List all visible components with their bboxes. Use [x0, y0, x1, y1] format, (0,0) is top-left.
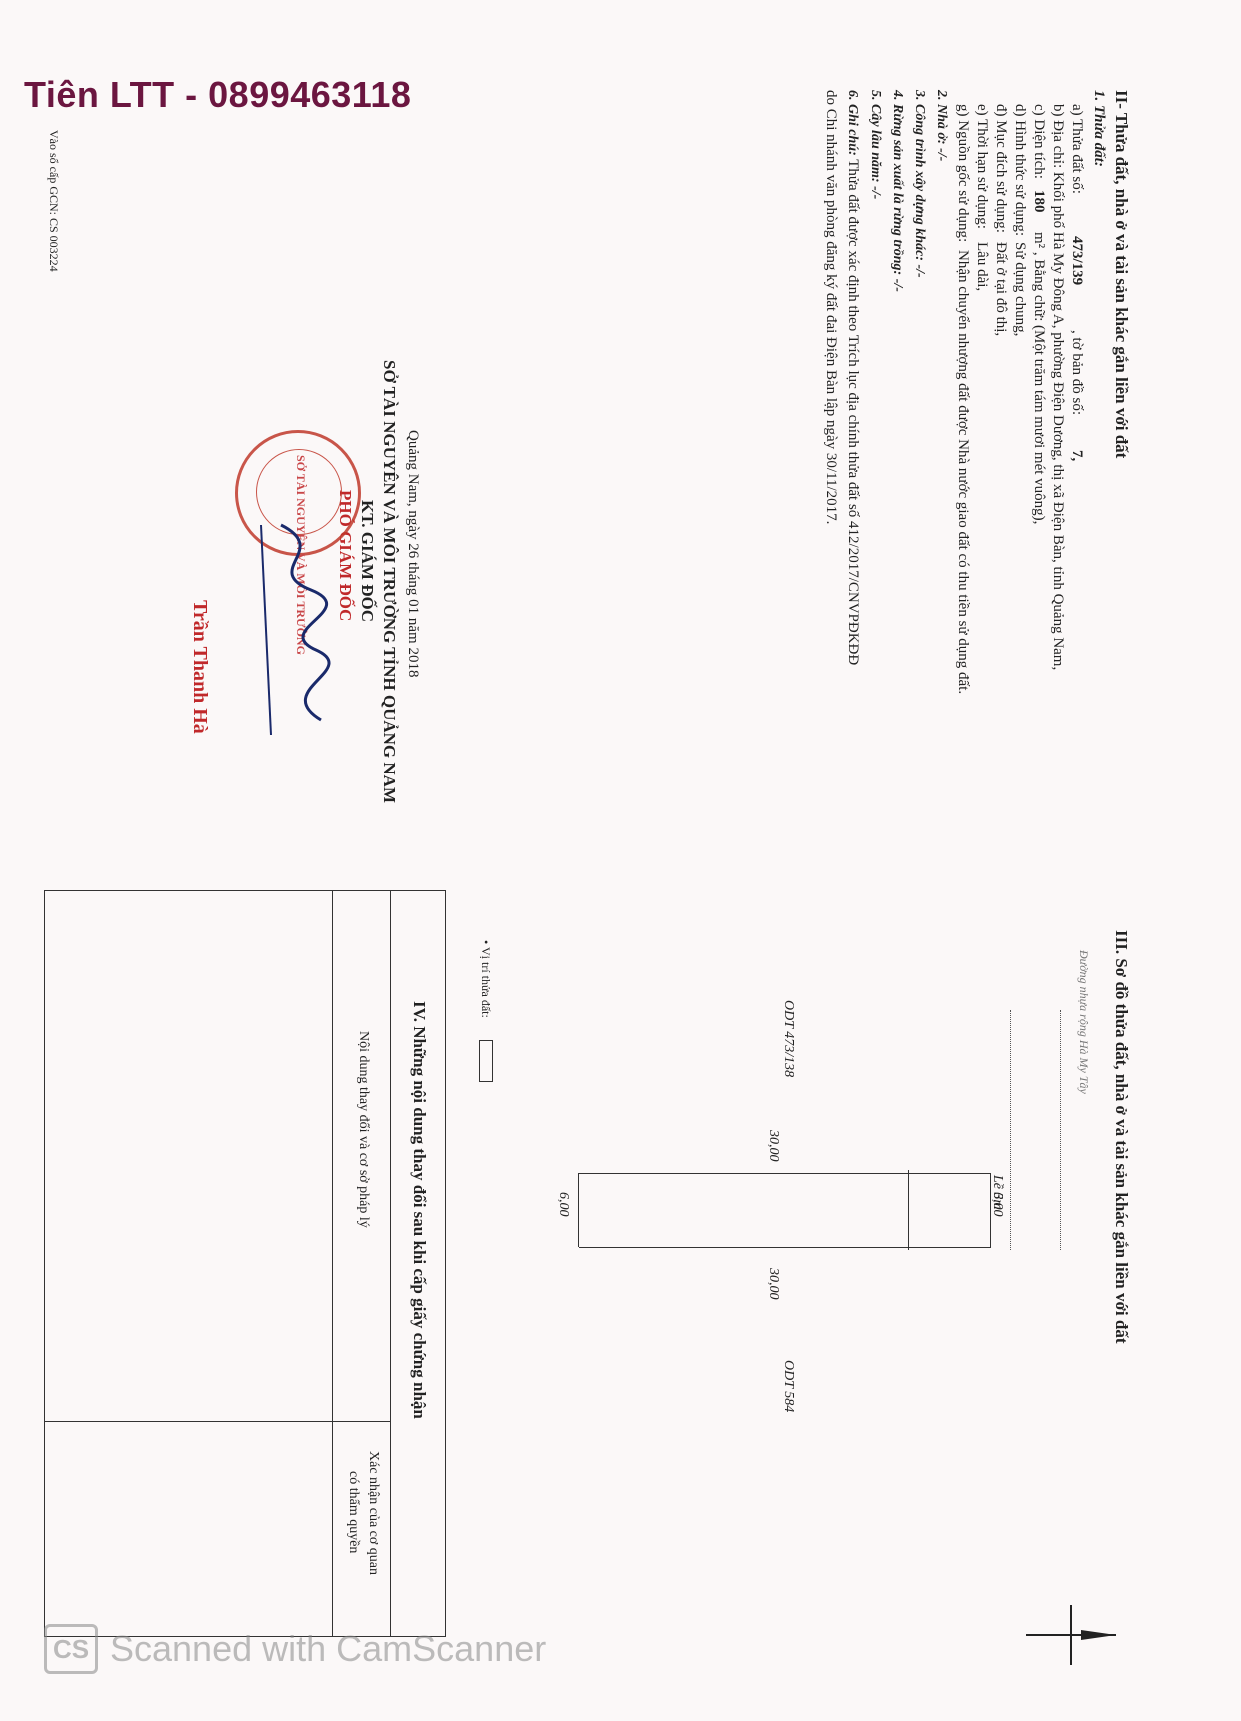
issuing-agency: SỞ TÀI NGUYÊN VÀ MÔI TRƯỜNG TỈNH QUẢNG N…	[379, 360, 399, 803]
table-column-divider	[45, 1421, 391, 1422]
neighbor-parcel-right: ODT 584	[780, 1360, 796, 1412]
signer-role-1: KT. GIÁM ĐỐC	[357, 500, 377, 622]
usage-purpose-label: đ) Mục đích sử dụng:	[992, 104, 1009, 233]
dim-back: 6,00	[555, 1192, 571, 1217]
note-label: 6. Ghi chú:	[845, 90, 860, 156]
house-item: 2. Nhà ở: -/-	[933, 90, 949, 161]
area-value: 180	[1030, 190, 1047, 213]
area-label: c) Diện tích:	[1030, 104, 1047, 179]
area-in-words: m² , Bằng chữ: (Một trăm tám mươi mét vu…	[1030, 232, 1047, 524]
camscanner-text: Scanned with CamScanner	[110, 1628, 546, 1670]
section-2-title: II- Thửa đất, nhà ở và tài sản khác gắn …	[1111, 90, 1131, 458]
changes-table: IV. Những nội dung thay đổi sau khi cấp …	[44, 890, 446, 1637]
usage-form-label: d) Hình thức sử dụng:	[1011, 104, 1028, 236]
certificate-page: II- Thửa đất, nhà ở và tài sản khác gắn …	[0, 0, 1241, 1721]
signer-name: Trần Thanh Hà	[188, 600, 211, 734]
col-confirmation-header-2: có thẩm quyền	[345, 1471, 361, 1553]
note-line-2: do Chi nhánh văn phòng đăng ký đất đai Đ…	[822, 90, 839, 524]
issue-date: Quảng Nam, ngày 26 tháng 01 năm 2018	[404, 430, 421, 677]
road-label: Đường nhựa rộng Hà My Tây	[1076, 950, 1091, 1094]
usage-form-value: Sử dụng chung,	[1011, 242, 1028, 336]
usage-term-label: e) Thời hạn sử dụng:	[973, 104, 990, 229]
table-divider-1	[390, 891, 391, 1636]
location-box	[479, 1040, 493, 1082]
dim-front: 6,00	[989, 1192, 1005, 1217]
col-confirmation-header-1: Xác nhận của cơ quan	[365, 1451, 381, 1575]
camscanner-watermark: CS Scanned with CamScanner	[44, 1624, 546, 1674]
usage-term-value: Lâu dài,	[973, 242, 990, 291]
north-arrow-icon	[1021, 1600, 1121, 1670]
map-sheet-label: , tờ bản đồ số:	[1068, 330, 1085, 415]
dim-left: 30,00	[765, 1130, 781, 1162]
table-divider-2	[332, 891, 333, 1636]
parcel-line-right	[579, 1247, 991, 1248]
parcel-number-label: a) Thửa đất số:	[1068, 104, 1085, 194]
col-changes-header: Nội dung thay đổi và cơ sở pháp lý	[355, 1031, 371, 1228]
setback-line	[1010, 1010, 1011, 1250]
signature-scrawl-icon	[251, 520, 341, 740]
note-line-1: Thửa đất được xác định theo Trích lục đị…	[845, 159, 861, 665]
parcel-line-left	[579, 1173, 991, 1174]
other-construction-item: 3. Công trình xây dựng khác: -/-	[911, 90, 927, 278]
road-edge-line	[1060, 1010, 1061, 1250]
location-label: • Vị trí thửa đất:	[478, 940, 493, 1018]
origin-value: Nhận chuyển nhượng đất được Nhà nước gia…	[954, 250, 971, 694]
dim-right: 30,00	[765, 1268, 781, 1300]
origin-label: g) Nguồn gốc sử dụng:	[954, 104, 971, 242]
neighbor-parcel-left: ODT 473/138	[780, 1000, 796, 1077]
camscanner-logo-icon: CS	[44, 1624, 98, 1674]
map-sheet-value: 7,	[1068, 450, 1085, 461]
perennial-trees-item: 5. Cây lâu năm: -/-	[867, 90, 883, 199]
registry-number: Vào sổ cấp GCN: CS 003224	[46, 130, 61, 272]
planted-forest-item: 4. Rừng sản xuất là rừng trồng: -/-	[889, 90, 905, 292]
parcel-back-edge	[578, 1173, 579, 1247]
parcel-top-ext	[908, 1170, 909, 1250]
section-3-title: III. Sơ đồ thửa đất, nhà ở và tài sản kh…	[1111, 930, 1131, 1344]
usage-purpose-value: Đất ở tại đô thị,	[992, 242, 1009, 336]
parcel-number-value: 473/139	[1068, 236, 1085, 285]
section-2-sub-land: 1. Thửa đất:	[1090, 90, 1107, 167]
address: b) Địa chỉ: Khối phố Hà My Đông A, phườn…	[1049, 104, 1066, 670]
section-4-title: IV. Những nội dung thay đổi sau khi cấp …	[409, 1001, 429, 1419]
